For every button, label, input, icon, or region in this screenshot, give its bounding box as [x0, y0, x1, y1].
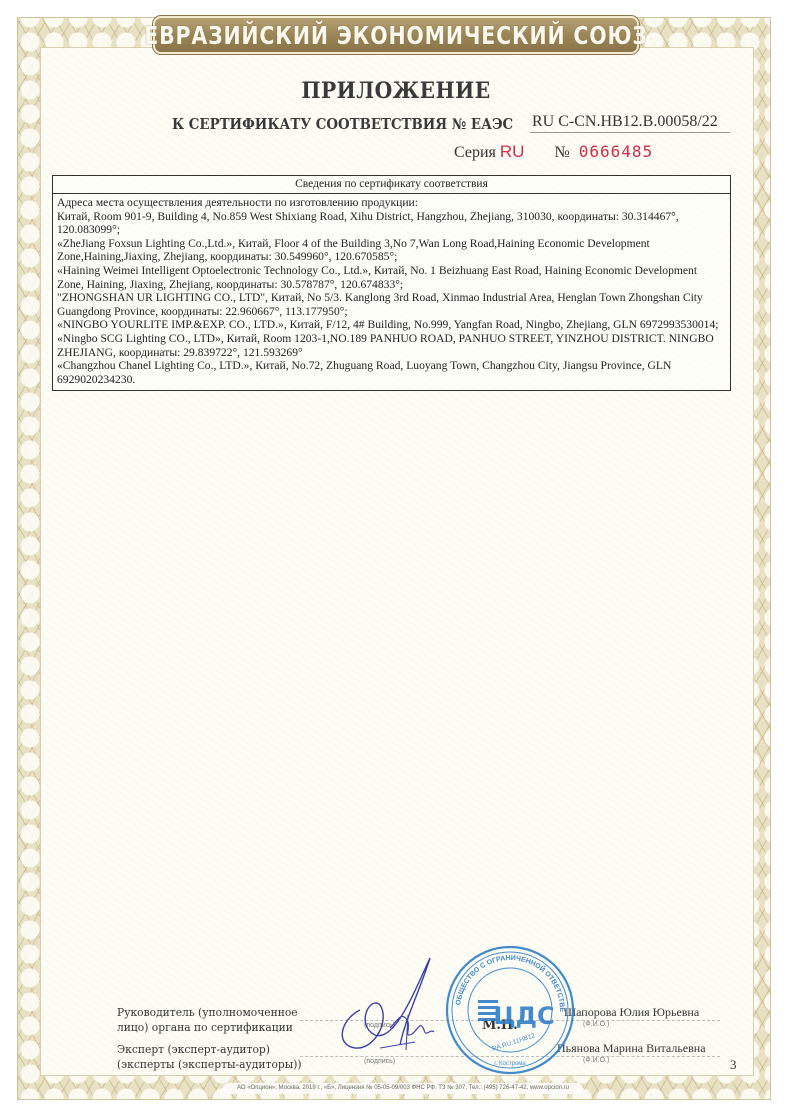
certificate-info-table: Сведения по сертификату соответствия Адр… — [52, 175, 731, 391]
head-name: Шапорова Юлия Юрьевна — [564, 1005, 699, 1020]
handwritten-signature-icon — [320, 950, 460, 1060]
address-item: «Ningbo SCG Lighting CO., LTD», Китай, R… — [57, 332, 726, 359]
expert-label: Эксперт (эксперт-аудитор) (эксперты (экс… — [117, 1042, 302, 1072]
printer-imprint: АО «Опцион», Москва, 2019 г., «Б», Лицен… — [223, 1083, 583, 1094]
head-of-body-label: Руководитель (уполномоченное лицо) орган… — [117, 1005, 298, 1035]
certificate-subtitle: К СЕРТИФИКАТУ СООТВЕТСТВИЯ № ЕАЭС — [172, 116, 513, 133]
address-item: «Changzhou Chanel Lighting Co., LTD.», К… — [57, 359, 726, 386]
address-item: Китай, Room 901-9, Building 4, No.859 We… — [57, 210, 726, 237]
series-label: Серия — [454, 144, 496, 161]
address-item: «NINGBO YOURLITE IMP.&EXP. CO., LTD.», К… — [57, 318, 726, 332]
table-heading: Сведения по сертификату соответствия — [53, 176, 730, 194]
svg-text:RA.RU.11HB12: RA.RU.11HB12 — [491, 1032, 536, 1053]
svg-text:г. Кострома: г. Кострома — [494, 1061, 526, 1067]
certification-body-stamp-icon: ОБЩЕСТВО С ОГРАНИЧЕННОЙ ОТВЕТСТВЕННОСТЬЮ… — [444, 944, 576, 1076]
svg-text:ЦДС: ЦДС — [493, 1002, 554, 1030]
number-label: № — [554, 144, 569, 161]
page-number: 3 — [730, 1057, 737, 1073]
page-title: ПРИЛОЖЕНИЕ — [32, 78, 761, 104]
address-item: "ZHONGSHAN UR LIGHTING CO., LTD", Китай,… — [57, 291, 726, 318]
address-intro: Адреса места осуществления деятельности … — [57, 196, 726, 210]
expert-name: Пьянова Марина Витальевна — [557, 1041, 706, 1056]
certificate-number: RU C-CN.HB12.B.00058/22 — [530, 113, 730, 133]
address-item: «Haining Weimei Intelligent Optoelectron… — [57, 264, 726, 291]
form-number: 0666485 — [579, 142, 653, 161]
address-item: «ZheJiang Foxsun Lighting Co.,Ltd.», Кит… — [57, 237, 726, 264]
table-body: Адреса места осуществления деятельности … — [53, 194, 730, 390]
fio-caption: (Ф.И.О.) — [583, 1057, 609, 1064]
eaeu-banner: ЕВРАЗИЙСКИЙ ЭКОНОМИЧЕСКИЙ СОЮЗ — [153, 16, 639, 54]
banner-text: ЕВРАЗИЙСКИЙ ЭКОНОМИЧЕСКИЙ СОЮЗ — [144, 21, 648, 50]
series-row: Серия RU № 0666485 — [454, 142, 653, 162]
series-value: RU — [500, 142, 525, 161]
fio-caption: (Ф.И.О.) — [583, 1021, 609, 1028]
